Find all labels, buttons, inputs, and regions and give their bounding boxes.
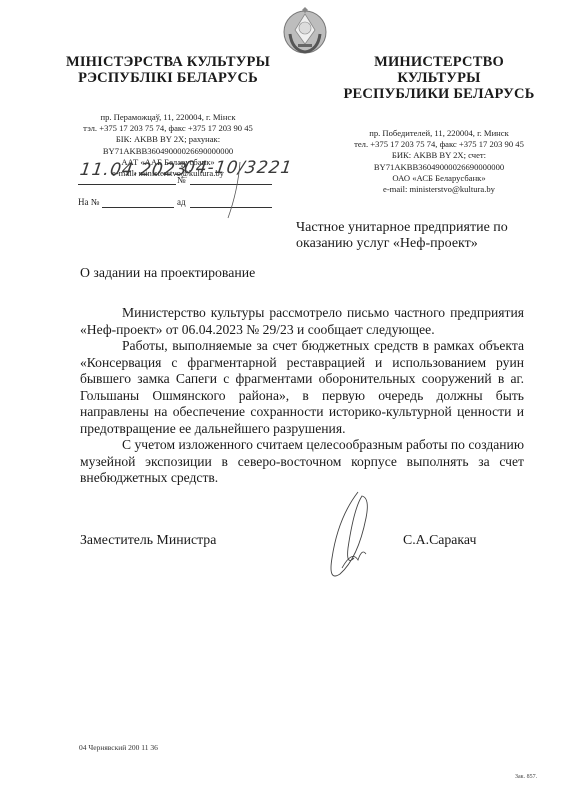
body-paragraph-2: Работы, выполняемые за счет бюджетных ср… xyxy=(80,338,524,437)
reply-number-label: На № xyxy=(78,197,99,207)
handwritten-signature xyxy=(318,488,378,588)
letter-body: Министерство культуры рассмотрело письмо… xyxy=(80,305,524,487)
address-ru: пр. Победителей, 11, 220004, г. Минск xyxy=(334,128,544,139)
bik-be: БІК: AKBB BY 2X; рахунак: xyxy=(64,134,272,145)
executor-info: 04 Чернявский 200 11 36 xyxy=(79,743,158,752)
bik-ru: БИК: AKBB BY 2X; счет: xyxy=(334,150,544,161)
account-ru: BY71AKBB36049000026690000000 xyxy=(334,162,544,173)
phone-ru: тел. +375 17 203 75 74, факс +375 17 203… xyxy=(334,139,544,150)
ministry-title-be-line1: МІНІСТЭРСТВА КУЛЬТУРЫ xyxy=(64,54,272,70)
ministry-title-be-line2: РЭСПУБЛІКІ БЕЛАРУСЬ xyxy=(64,70,272,86)
recipient-line1: Частное унитарное предприятие по xyxy=(296,220,508,236)
phone-be: тэл. +375 17 203 75 74, факс +375 17 203… xyxy=(64,123,272,134)
email-ru: e-mail: ministerstvo@kultura.by xyxy=(334,184,544,195)
state-emblem-icon xyxy=(282,6,328,56)
letterhead-right: МИНИСТЕРСТВО КУЛЬТУРЫ РЕСПУБЛИКИ БЕЛАРУС… xyxy=(334,54,544,195)
reply-number-line xyxy=(102,207,174,208)
reply-from-label: ад xyxy=(177,197,186,207)
ministry-title-ru-line2: РЕСПУБЛИКИ БЕЛАРУСЬ xyxy=(334,86,544,102)
ministry-title-ru-line1: МИНИСТЕРСТВО КУЛЬТУРЫ xyxy=(334,54,544,86)
subject: О задании на проектирование xyxy=(80,265,255,281)
recipient: Частное унитарное предприятие по оказани… xyxy=(296,220,508,252)
signature-position: Заместитель Министра xyxy=(80,532,216,548)
number-label: № xyxy=(177,175,186,185)
handwritten-date: 11.04.2023 xyxy=(79,160,189,180)
registration-slash-stroke xyxy=(220,160,250,220)
recipient-line2: оказанию услуг «Неф-проект» xyxy=(296,236,508,252)
body-paragraph-3: С учетом изложенного считаем целесообраз… xyxy=(80,437,524,487)
account-be: BY71AKBB36049000026690000000 xyxy=(64,146,272,157)
date-line xyxy=(78,184,176,185)
bank-ru: ОАО «АСБ Беларусбанк» xyxy=(334,173,544,184)
body-paragraph-1: Министерство культуры рассмотрело письмо… xyxy=(80,305,524,338)
signature-name: С.А.Саракач xyxy=(403,532,476,548)
address-be: пр. Пераможцаў, 11, 220004, г. Мінск xyxy=(64,112,272,123)
print-order: Зак. 857. xyxy=(515,774,537,780)
